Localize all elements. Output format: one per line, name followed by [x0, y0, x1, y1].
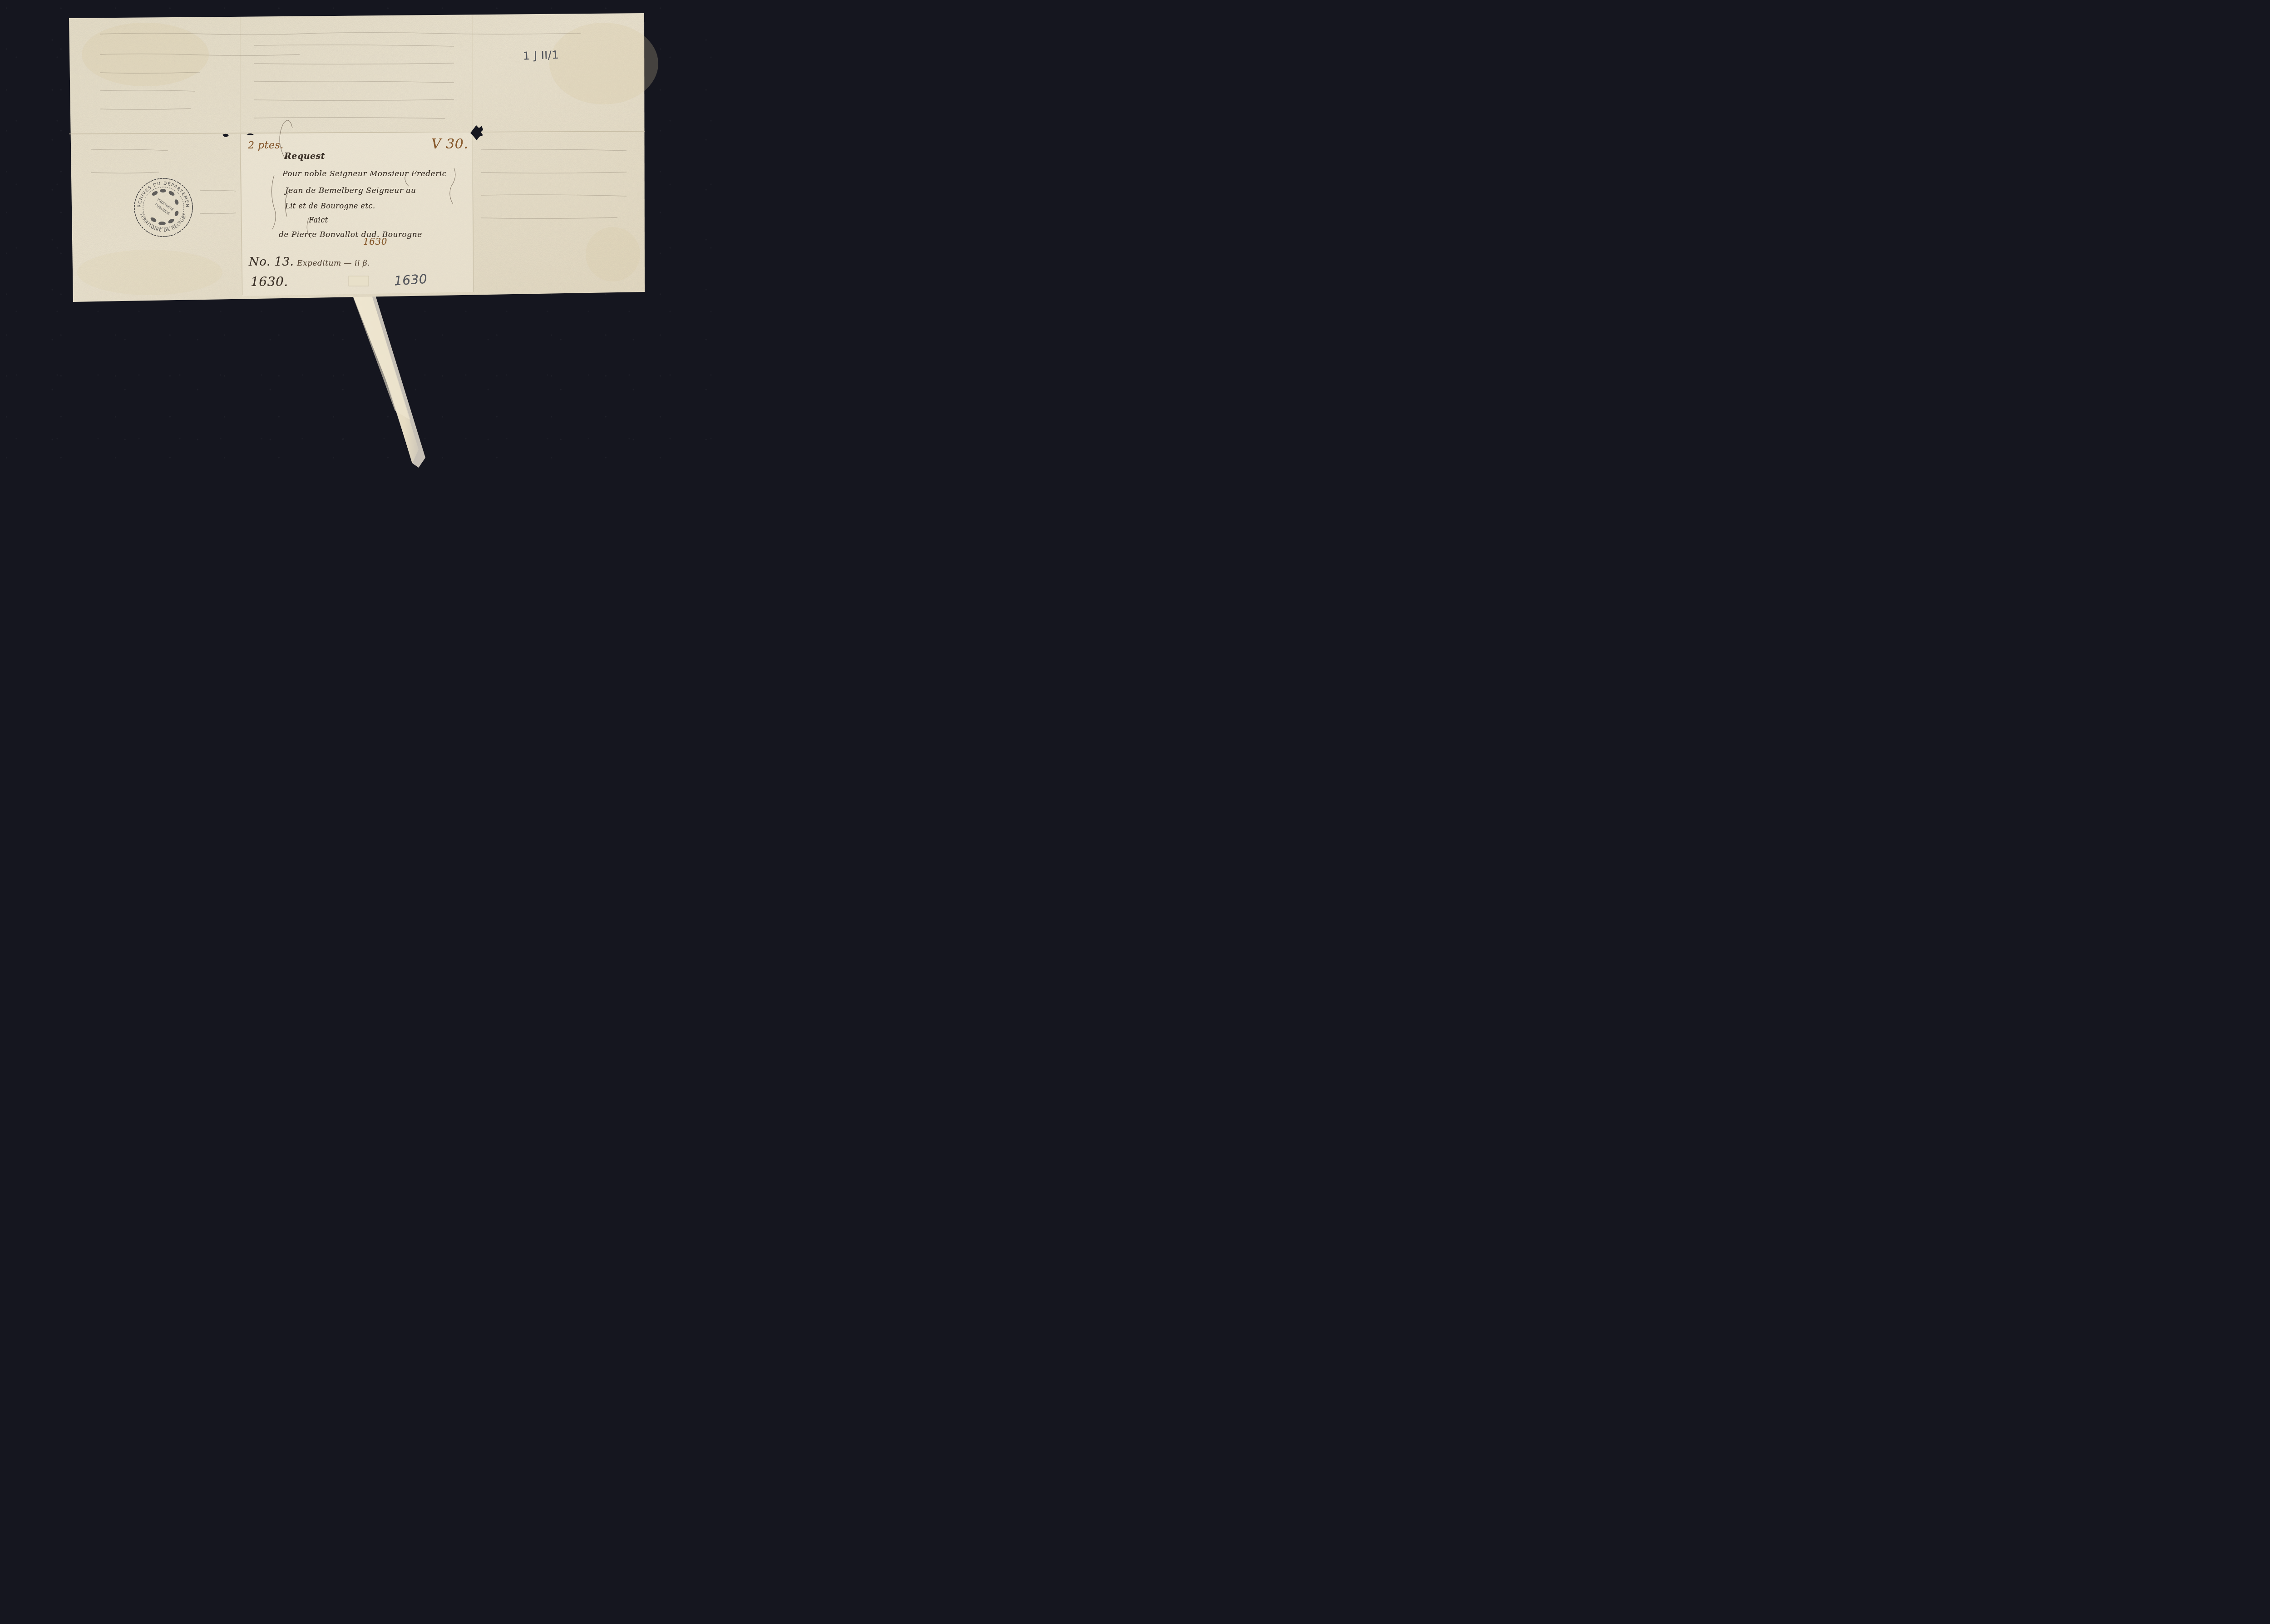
address-line-5: de Pierre Bonvallot dud. Bourogne: [279, 230, 422, 239]
address-line-3: Lit et de Bourogne etc.: [285, 202, 375, 210]
folio-number: V 30.: [431, 136, 468, 152]
expedition-note: Expeditum — ii β.: [297, 259, 370, 268]
address-line-4: Faict: [309, 216, 328, 224]
pencil-year: 1630: [394, 271, 428, 288]
archive-stamp: ARCHIVES DU DÉPARTEMENT TERRITOIRE DE BE…: [133, 177, 194, 238]
brown-year: 1630: [363, 236, 387, 247]
year-left: 1630.: [251, 274, 288, 289]
number-label: No. 13.: [249, 255, 294, 269]
parchment-strap: [349, 285, 425, 468]
pencil-shelfmark: 1 J II/1: [523, 49, 559, 63]
heading-request: Request: [284, 151, 325, 161]
address-line-1: Pour noble Seigneur Monsieur Frederic: [282, 169, 447, 178]
address-line-2: Jean de Bemelberg Seigneur au: [285, 186, 416, 195]
document-photo: 1 J II/1 2 ptes. V 30. Request Pour nobl…: [0, 0, 712, 474]
count-note: 2 ptes.: [248, 140, 284, 151]
